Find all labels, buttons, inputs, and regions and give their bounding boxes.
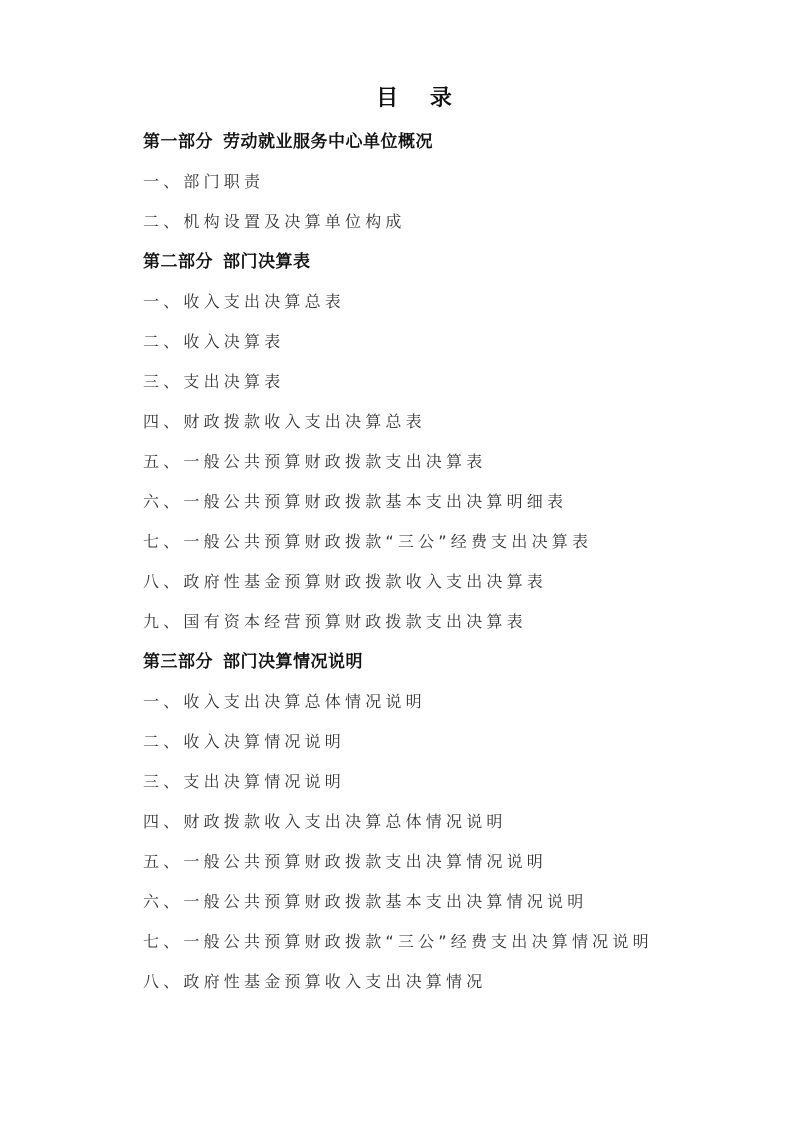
toc-item[interactable]: 五、一般公共预算财政拨款支出决算表 [143,442,653,482]
toc-item[interactable]: 六、一般公共预算财政拨款基本支出决算情况说明 [143,882,653,922]
toc-item[interactable]: 八、政府性基金预算财政拨款收入支出决算表 [143,562,653,602]
toc-part-2-heading[interactable]: 第二部分部门决算表 [143,242,653,282]
part-title: 部门决算表 [223,252,311,272]
toc-item[interactable]: 五、一般公共预算财政拨款支出决算情况说明 [143,842,653,882]
toc-item[interactable]: 二、收入决算情况说明 [143,722,653,762]
part-title: 劳动就业服务中心单位概况 [223,132,433,152]
toc-item[interactable]: 八、政府性基金预算收入支出决算情况 [143,962,653,1002]
toc-item[interactable]: 七、一般公共预算财政拨款“三公”经费支出决算情况说明 [143,922,653,962]
toc-item[interactable]: 九、国有资本经营预算财政拨款支出决算表 [143,602,653,642]
toc-item[interactable]: 一、部门职责 [143,162,653,202]
toc-title: 目 录 [0,82,793,116]
toc-item[interactable]: 二、机构设置及决算单位构成 [143,202,653,242]
table-of-contents: 第一部分劳动就业服务中心单位概况 一、部门职责 二、机构设置及决算单位构成 第二… [143,122,653,1002]
part-label: 第二部分 [143,252,213,272]
part-title: 部门决算情况说明 [223,652,363,672]
toc-item[interactable]: 三、支出决算表 [143,362,653,402]
toc-item[interactable]: 六、一般公共预算财政拨款基本支出决算明细表 [143,482,653,522]
toc-item[interactable]: 四、财政拨款收入支出决算总表 [143,402,653,442]
toc-item[interactable]: 一、收入支出决算总表 [143,282,653,322]
toc-part-3-heading[interactable]: 第三部分部门决算情况说明 [143,642,653,682]
document-page: 目 录 第一部分劳动就业服务中心单位概况 一、部门职责 二、机构设置及决算单位构… [0,0,793,1122]
part-label: 第一部分 [143,132,213,152]
part-label: 第三部分 [143,652,213,672]
toc-item[interactable]: 四、财政拨款收入支出决算总体情况说明 [143,802,653,842]
toc-item[interactable]: 七、一般公共预算财政拨款“三公”经费支出决算表 [143,522,653,562]
toc-item[interactable]: 二、收入决算表 [143,322,653,362]
toc-part-1-heading[interactable]: 第一部分劳动就业服务中心单位概况 [143,122,653,162]
toc-item[interactable]: 三、支出决算情况说明 [143,762,653,802]
toc-item[interactable]: 一、收入支出决算总体情况说明 [143,682,653,722]
